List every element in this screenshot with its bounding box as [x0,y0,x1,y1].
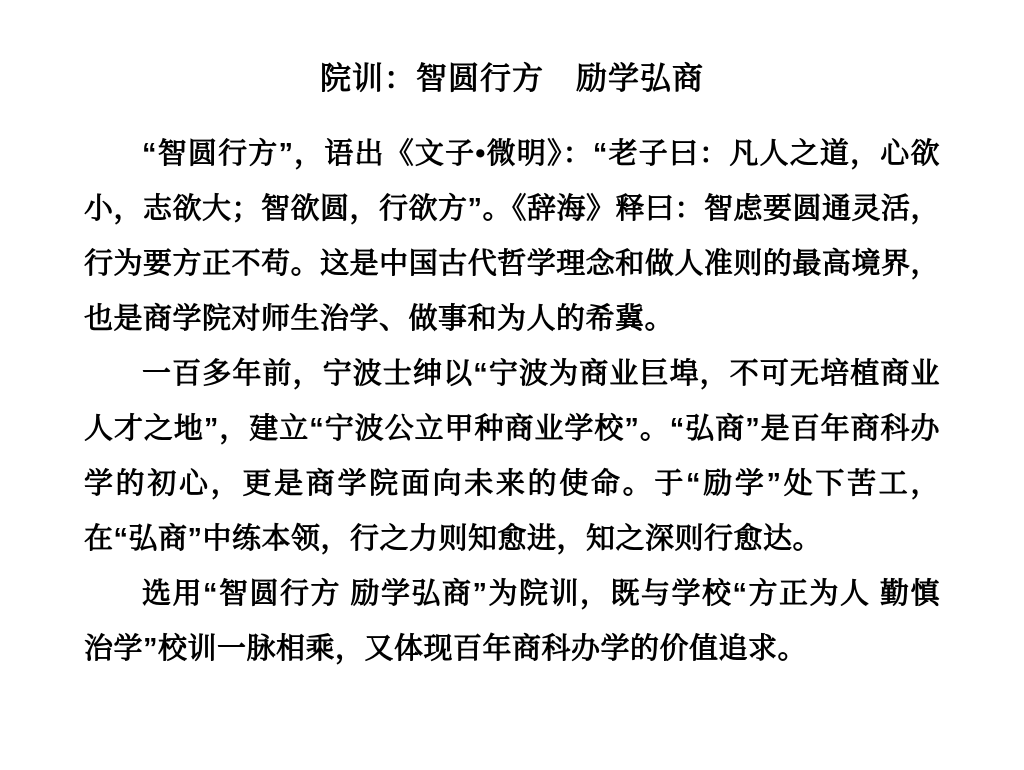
paragraph: 选用“智圆行方 励学弘商”为院训，既与学校“方正为人 勤慎治学”校训一脉相乘，又… [84,567,940,677]
paragraph: 一百多年前，宁波士绅以“宁波为商业巨埠，不可无培植商业人才之地”，建立“宁波公立… [84,347,940,567]
page-title: 院训：智圆行方 励学弘商 [0,0,1024,97]
slide: 院训：智圆行方 励学弘商 “智圆行方”，语出《文子•微明》：“老子曰：凡人之道，… [0,0,1024,770]
paragraph: “智圆行方”，语出《文子•微明》：“老子曰：凡人之道，心欲小，志欲大；智欲圆，行… [84,127,940,347]
slide-body: “智圆行方”，语出《文子•微明》：“老子曰：凡人之道，心欲小，志欲大；智欲圆，行… [84,127,940,677]
